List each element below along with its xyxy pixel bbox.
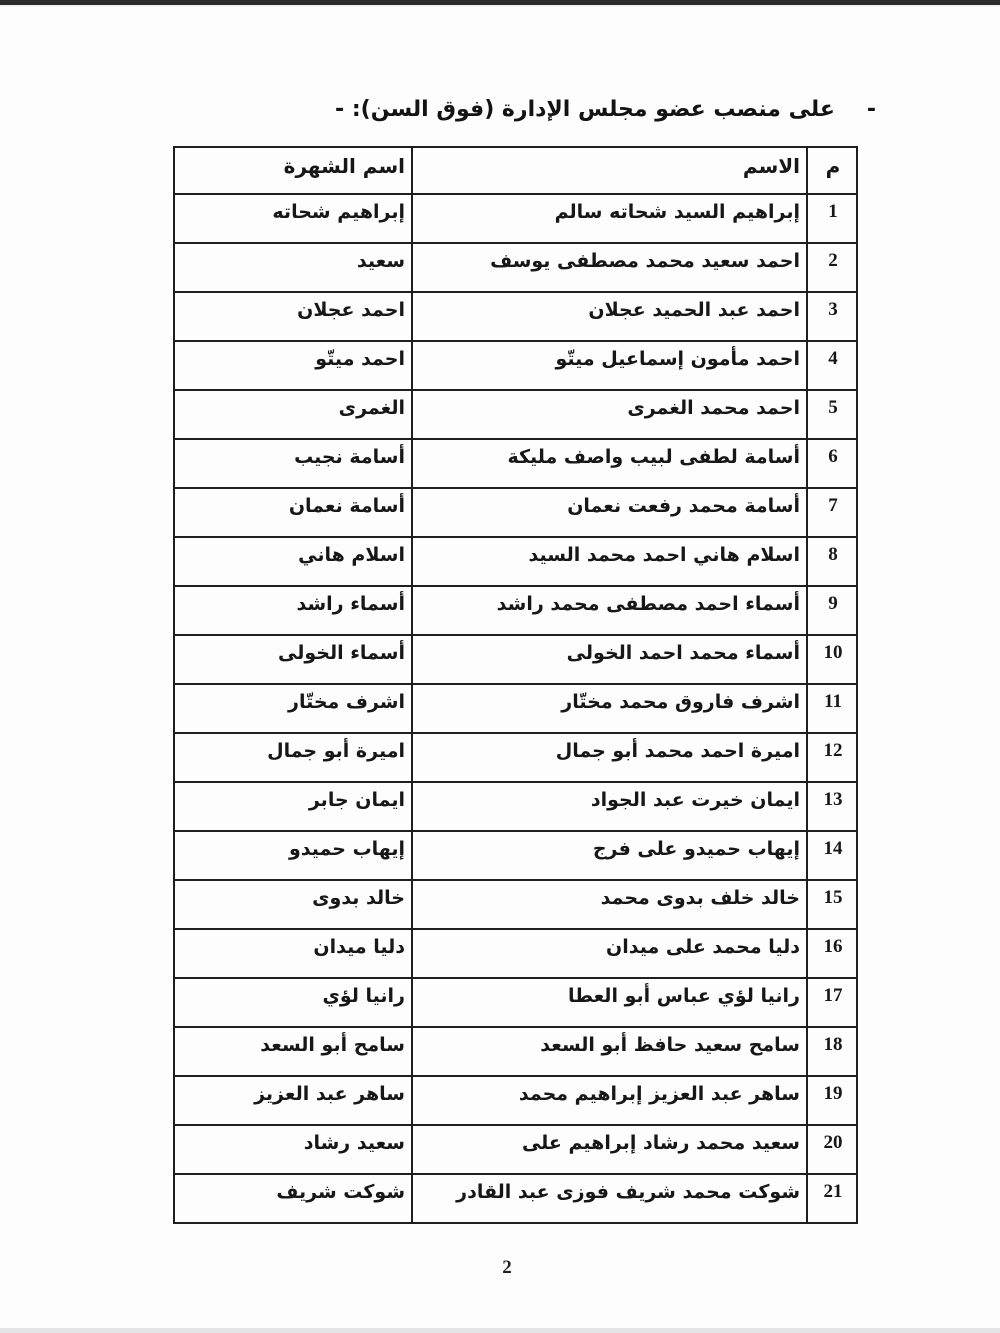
table-row: 12 اميرة احمد محمد أبو جمال اميرة أبو جم… bbox=[174, 733, 857, 782]
row-serial: 9 bbox=[807, 586, 857, 635]
member-nickname: احمد عجلان bbox=[174, 292, 412, 341]
table-row: 20 سعيد محمد رشاد إبراهيم على سعيد رشاد bbox=[174, 1125, 857, 1174]
table-row: 14 إيهاب حميدو على فرج إيهاب حميدو bbox=[174, 831, 857, 880]
member-name: أسماء احمد مصطفى محمد راشد bbox=[412, 586, 807, 635]
member-name: إيهاب حميدو على فرج bbox=[412, 831, 807, 880]
row-serial: 16 bbox=[807, 929, 857, 978]
member-nickname: ساهر عبد العزيز bbox=[174, 1076, 412, 1125]
member-nickname: إيهاب حميدو bbox=[174, 831, 412, 880]
row-serial: 19 bbox=[807, 1076, 857, 1125]
row-serial: 17 bbox=[807, 978, 857, 1027]
member-name: اسلام هاني احمد محمد السيد bbox=[412, 537, 807, 586]
member-name: احمد سعيد محمد مصطفى يوسف bbox=[412, 243, 807, 292]
row-serial: 12 bbox=[807, 733, 857, 782]
member-name: سعيد محمد رشاد إبراهيم على bbox=[412, 1125, 807, 1174]
member-nickname: أسامة نجيب bbox=[174, 439, 412, 488]
table-header-row: م الاسم اسم الشهرة bbox=[174, 147, 857, 194]
row-serial: 3 bbox=[807, 292, 857, 341]
member-name: اشرف فاروق محمد مختّار bbox=[412, 684, 807, 733]
row-serial: 15 bbox=[807, 880, 857, 929]
table-row: 18 سامح سعيد حافظ أبو السعد سامح أبو الس… bbox=[174, 1027, 857, 1076]
row-serial: 8 bbox=[807, 537, 857, 586]
member-name: أسامة محمد رفعت نعمان bbox=[412, 488, 807, 537]
header-name: الاسم bbox=[412, 147, 807, 194]
table-row: 1 إبراهيم السيد شحاته سالم إبراهيم شحاته bbox=[174, 194, 857, 243]
section-heading: - على منصب عضو مجلس الإدارة (فوق السن): … bbox=[335, 97, 876, 122]
member-nickname: دليا ميدان bbox=[174, 929, 412, 978]
row-serial: 5 bbox=[807, 390, 857, 439]
member-name: سامح سعيد حافظ أبو السعد bbox=[412, 1027, 807, 1076]
table-row: 21 شوكت محمد شريف فوزى عبد القادر شوكت ش… bbox=[174, 1174, 857, 1223]
member-name: شوكت محمد شريف فوزى عبد القادر bbox=[412, 1174, 807, 1223]
member-name: أسماء محمد احمد الخولى bbox=[412, 635, 807, 684]
member-name: ساهر عبد العزيز إبراهيم محمد bbox=[412, 1076, 807, 1125]
member-nickname: أسامة نعمان bbox=[174, 488, 412, 537]
member-nickname: الغمرى bbox=[174, 390, 412, 439]
row-serial: 21 bbox=[807, 1174, 857, 1223]
heading-text: على منصب عضو مجلس الإدارة (فوق السن): - bbox=[335, 97, 835, 122]
row-serial: 13 bbox=[807, 782, 857, 831]
members-table: م الاسم اسم الشهرة 1 إبراهيم السيد شحاته… bbox=[173, 146, 858, 1224]
member-name: احمد محمد الغمرى bbox=[412, 390, 807, 439]
member-nickname: احمد ميتّو bbox=[174, 341, 412, 390]
scan-top-edge bbox=[0, 0, 1000, 7]
scan-bottom-edge bbox=[0, 1328, 1000, 1333]
row-serial: 18 bbox=[807, 1027, 857, 1076]
header-serial: م bbox=[807, 147, 857, 194]
table-row: 2 احمد سعيد محمد مصطفى يوسف سعيد bbox=[174, 243, 857, 292]
table-row: 11 اشرف فاروق محمد مختّار اشرف مختّار bbox=[174, 684, 857, 733]
table-row: 10 أسماء محمد احمد الخولى أسماء الخولى bbox=[174, 635, 857, 684]
member-name: دليا محمد على ميدان bbox=[412, 929, 807, 978]
member-nickname: رانيا لؤي bbox=[174, 978, 412, 1027]
table-row: 7 أسامة محمد رفعت نعمان أسامة نعمان bbox=[174, 488, 857, 537]
table-row: 13 ايمان خيرت عبد الجواد ايمان جابر bbox=[174, 782, 857, 831]
table-row: 17 رانيا لؤي عباس أبو العطا رانيا لؤي bbox=[174, 978, 857, 1027]
member-nickname: أسماء راشد bbox=[174, 586, 412, 635]
table-row: 3 احمد عبد الحميد عجلان احمد عجلان bbox=[174, 292, 857, 341]
row-serial: 7 bbox=[807, 488, 857, 537]
heading-dash: - bbox=[867, 97, 876, 122]
member-nickname: اميرة أبو جمال bbox=[174, 733, 412, 782]
row-serial: 14 bbox=[807, 831, 857, 880]
table-row: 4 احمد مأمون إسماعيل ميتّو احمد ميتّو bbox=[174, 341, 857, 390]
member-nickname: سعيد رشاد bbox=[174, 1125, 412, 1174]
member-nickname: أسماء الخولى bbox=[174, 635, 412, 684]
member-nickname: ايمان جابر bbox=[174, 782, 412, 831]
table-row: 8 اسلام هاني احمد محمد السيد اسلام هاني bbox=[174, 537, 857, 586]
member-name: احمد عبد الحميد عجلان bbox=[412, 292, 807, 341]
member-name: رانيا لؤي عباس أبو العطا bbox=[412, 978, 807, 1027]
table-body: 1 إبراهيم السيد شحاته سالم إبراهيم شحاته… bbox=[174, 194, 857, 1223]
member-nickname: اسلام هاني bbox=[174, 537, 412, 586]
member-nickname: سعيد bbox=[174, 243, 412, 292]
member-name: احمد مأمون إسماعيل ميتّو bbox=[412, 341, 807, 390]
header-nickname: اسم الشهرة bbox=[174, 147, 412, 194]
row-serial: 20 bbox=[807, 1125, 857, 1174]
member-nickname: إبراهيم شحاته bbox=[174, 194, 412, 243]
table-row: 16 دليا محمد على ميدان دليا ميدان bbox=[174, 929, 857, 978]
member-name: إبراهيم السيد شحاته سالم bbox=[412, 194, 807, 243]
member-nickname: سامح أبو السعد bbox=[174, 1027, 412, 1076]
member-name: اميرة احمد محمد أبو جمال bbox=[412, 733, 807, 782]
row-serial: 4 bbox=[807, 341, 857, 390]
member-name: أسامة لطفى لبيب واصف مليكة bbox=[412, 439, 807, 488]
member-nickname: خالد بدوى bbox=[174, 880, 412, 929]
row-serial: 6 bbox=[807, 439, 857, 488]
row-serial: 11 bbox=[807, 684, 857, 733]
row-serial: 1 bbox=[807, 194, 857, 243]
document-page: - على منصب عضو مجلس الإدارة (فوق السن): … bbox=[0, 0, 1000, 1333]
page-number: 2 bbox=[0, 1257, 1000, 1279]
member-nickname: اشرف مختّار bbox=[174, 684, 412, 733]
table-row: 19 ساهر عبد العزيز إبراهيم محمد ساهر عبد… bbox=[174, 1076, 857, 1125]
table-row: 15 خالد خلف بدوى محمد خالد بدوى bbox=[174, 880, 857, 929]
row-serial: 2 bbox=[807, 243, 857, 292]
table-row: 9 أسماء احمد مصطفى محمد راشد أسماء راشد bbox=[174, 586, 857, 635]
member-name: خالد خلف بدوى محمد bbox=[412, 880, 807, 929]
member-nickname: شوكت شريف bbox=[174, 1174, 412, 1223]
member-name: ايمان خيرت عبد الجواد bbox=[412, 782, 807, 831]
table-row: 5 احمد محمد الغمرى الغمرى bbox=[174, 390, 857, 439]
row-serial: 10 bbox=[807, 635, 857, 684]
table-row: 6 أسامة لطفى لبيب واصف مليكة أسامة نجيب bbox=[174, 439, 857, 488]
